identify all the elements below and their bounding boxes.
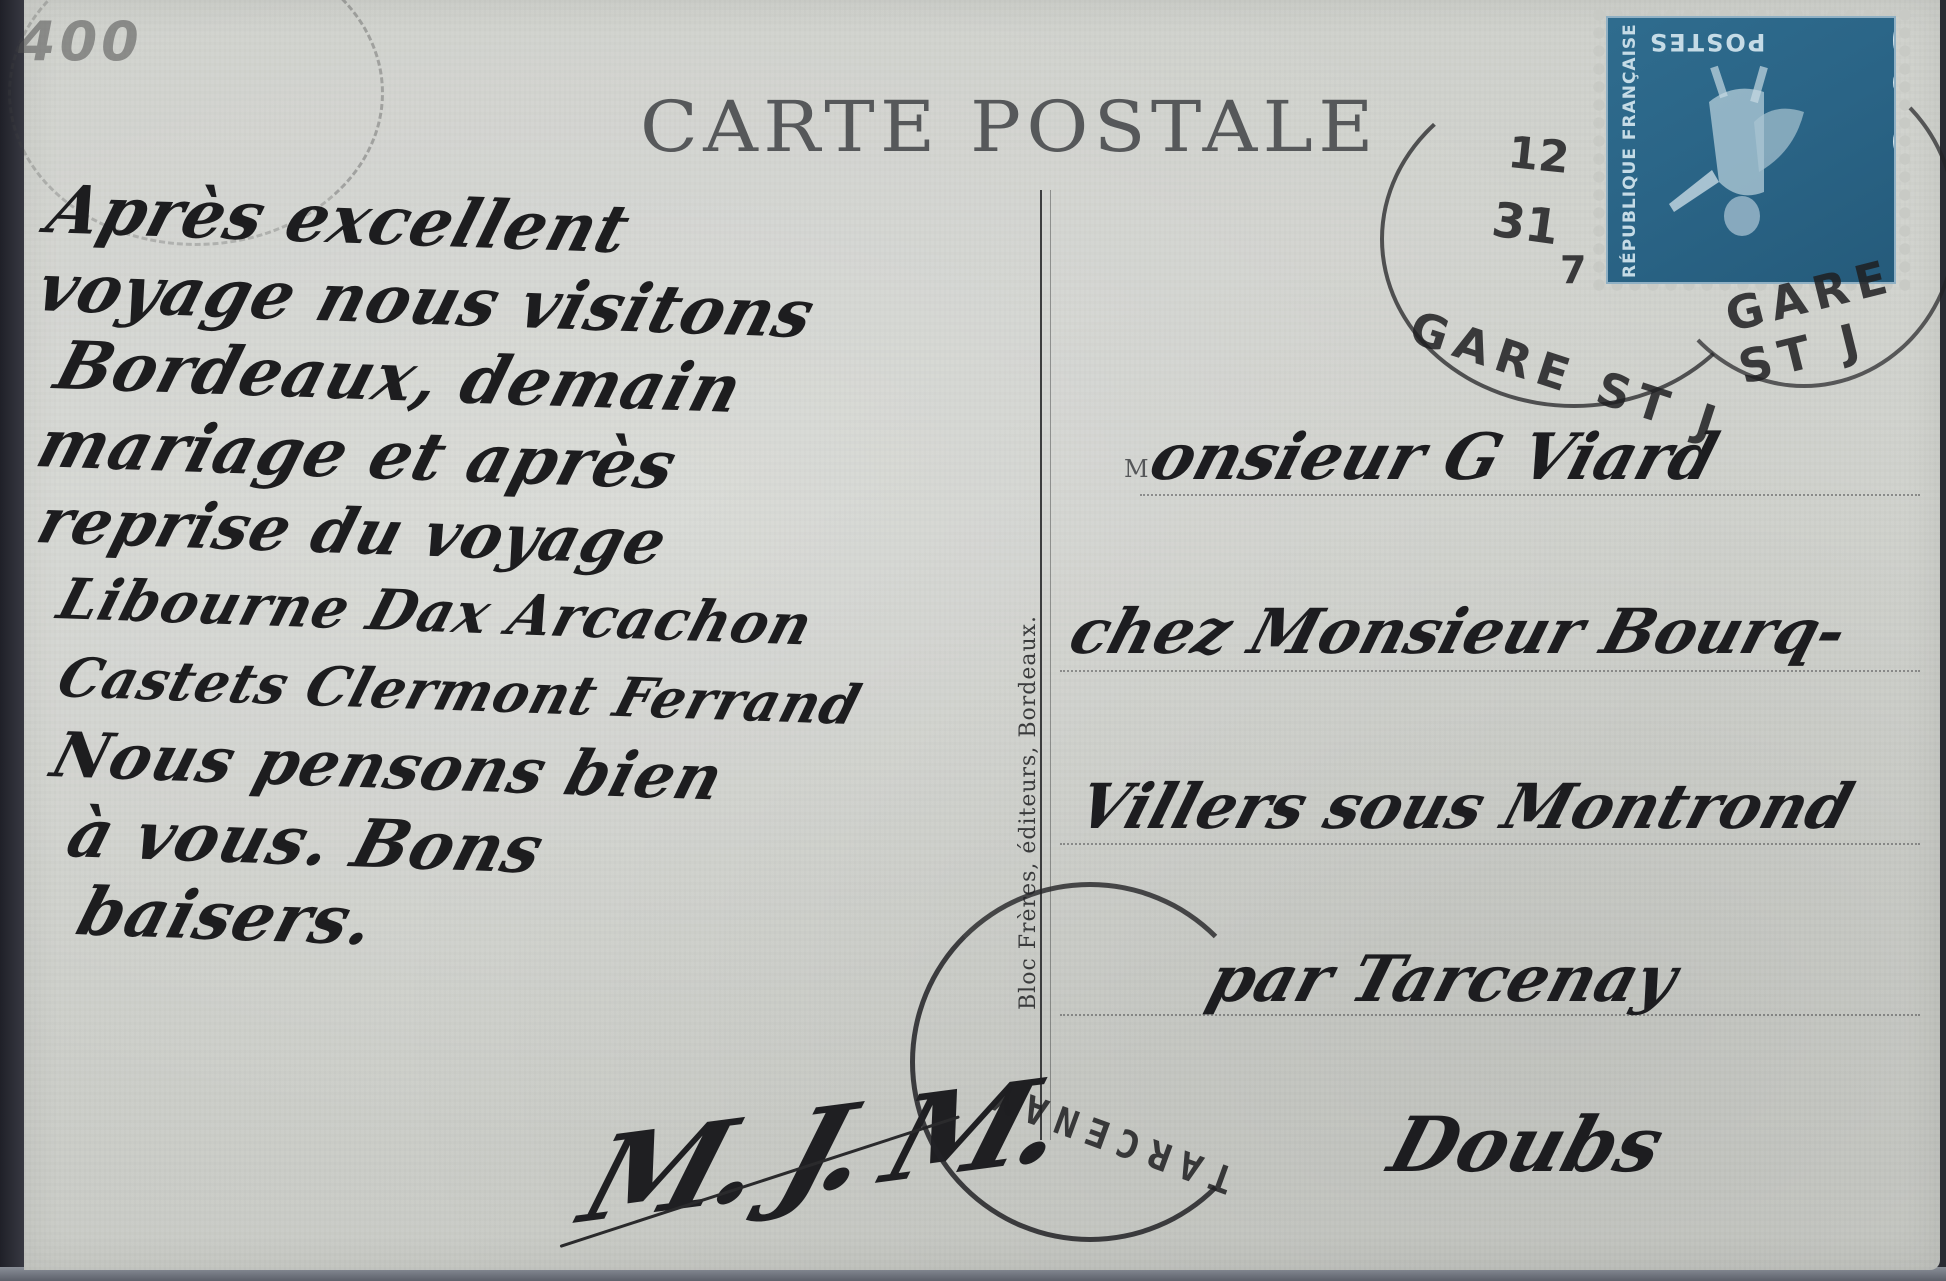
handwritten-message: Après excellent voyage nous visitons Bor… <box>40 170 1040 950</box>
address-line-recipient: onsieur G Viard <box>1142 420 1726 495</box>
postmark-date-line: 7 <box>1560 248 1586 292</box>
address-line-town: Villers sous Montrond <box>1070 770 1861 843</box>
address-rule <box>1060 670 1920 672</box>
postmark-date-line: 12 <box>1506 127 1572 184</box>
address-line-care-of: chez Monsieur Bourq- <box>1062 595 1855 668</box>
photo-background-left <box>0 0 26 1281</box>
address-prefix-printed: M <box>1124 455 1149 483</box>
address-line-via: par Tarcenay <box>1200 942 1685 1017</box>
card-header-title: CARTE POSTALE <box>640 86 1379 168</box>
address-line-department: Doubs <box>1380 1100 1673 1189</box>
stamp-label: POSTES <box>1648 28 1765 56</box>
pencil-annotation: 400 <box>18 10 143 73</box>
address-rule <box>1060 843 1920 845</box>
postmark-date-line: 31 <box>1488 192 1562 257</box>
